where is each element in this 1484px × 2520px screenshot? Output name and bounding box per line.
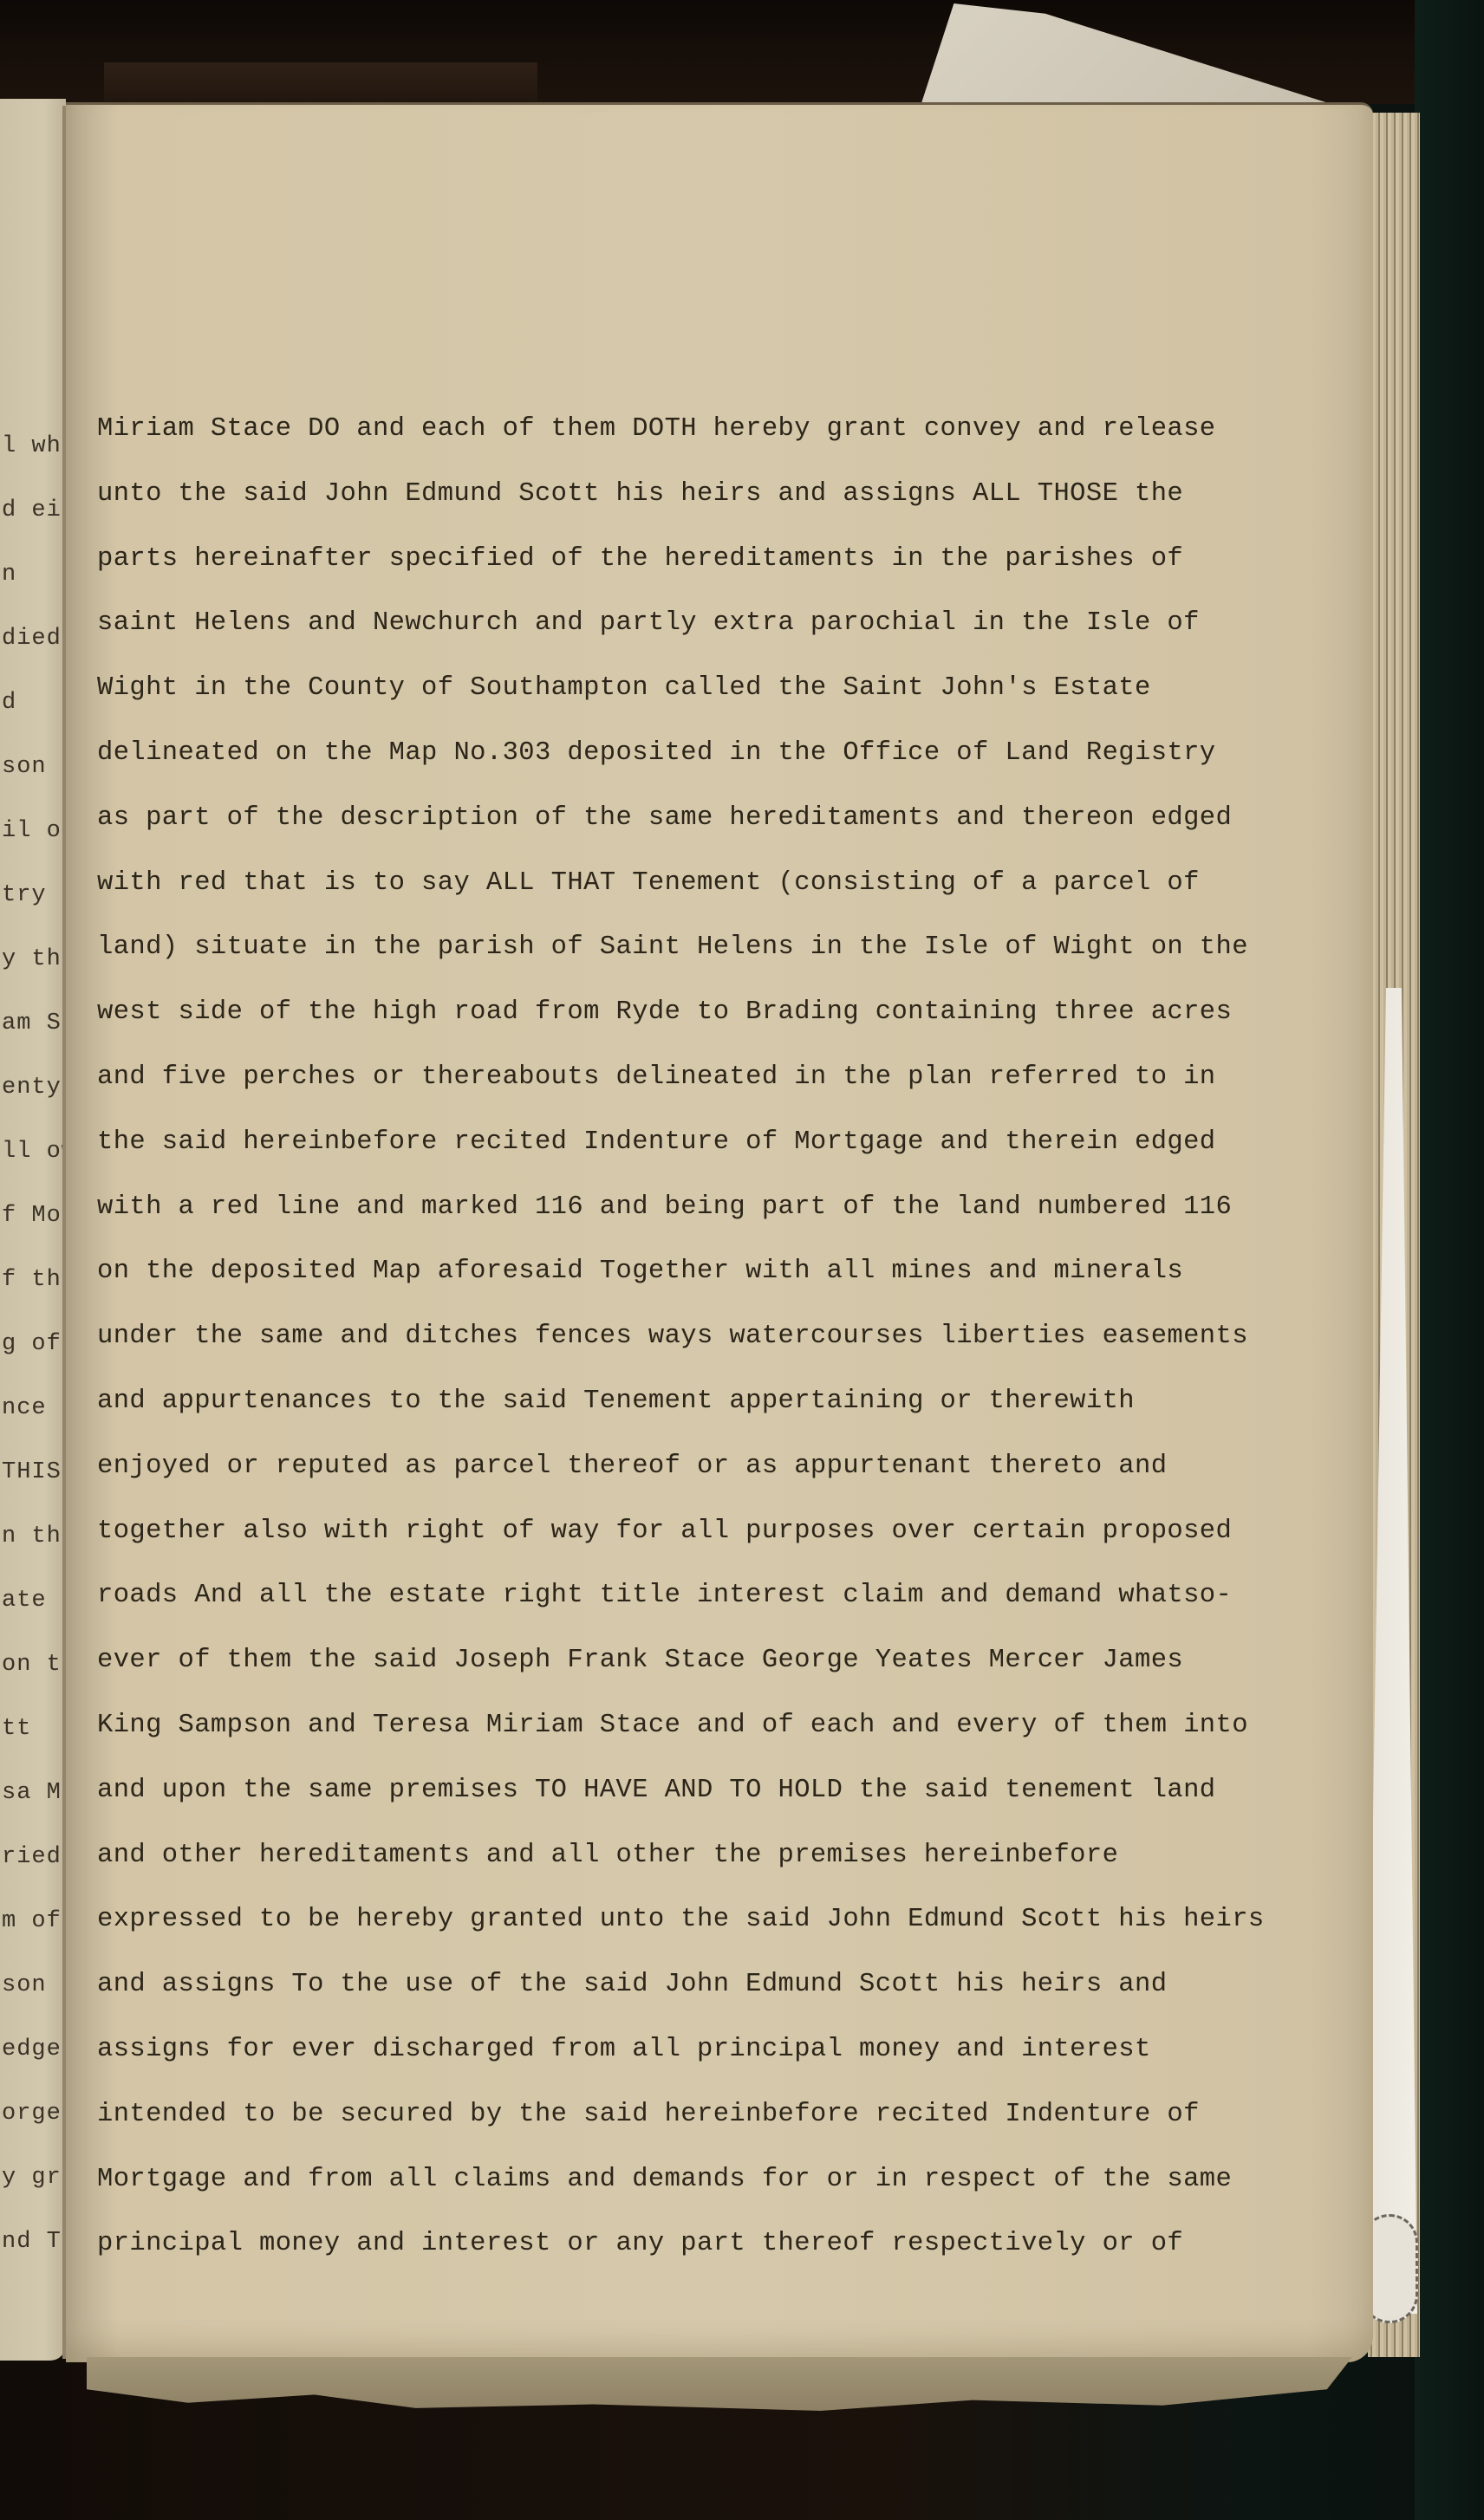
left-page-text-fragment: on the bbox=[2, 1652, 66, 1678]
deed-text-line: the said hereinbefore recited Indenture … bbox=[97, 1120, 1354, 1185]
left-page-text-fragment: m of F bbox=[2, 1908, 66, 1934]
deed-text-line: enjoyed or reputed as parcel thereof or … bbox=[97, 1445, 1354, 1510]
deed-text-line: saint Helens and Newchurch and partly ex… bbox=[97, 601, 1354, 666]
deed-text-line: assigns for ever discharged from all pri… bbox=[97, 2028, 1354, 2093]
left-page-text-fragment: y gra bbox=[2, 2165, 66, 2191]
left-page-text-fragment: try o bbox=[2, 882, 66, 908]
left-page-text-fragment: ried by bbox=[2, 1844, 66, 1870]
deed-text-line: ever of them the said Joseph Frank Stace… bbox=[97, 1639, 1354, 1704]
left-page-text-fragment: nd Ter bbox=[2, 2229, 66, 2255]
deed-text-line: Wight in the County of Southampton calle… bbox=[97, 666, 1354, 731]
deed-text-line: with red that is to say ALL THAT Tenemen… bbox=[97, 861, 1354, 926]
left-page-text-fragment: tt bbox=[2, 1716, 31, 1742]
left-page: l whicd eign dieddson ail oftry oy theam… bbox=[0, 99, 66, 2361]
left-page-text-fragment: l whic bbox=[2, 433, 66, 459]
deed-text-line: under the same and ditches fences ways w… bbox=[97, 1315, 1354, 1380]
left-page-text-fragment: n bbox=[2, 562, 16, 588]
deed-text-line: principal money and interest or any part… bbox=[97, 2222, 1354, 2287]
deed-text-line: and appurtenances to the said Tenement a… bbox=[97, 1380, 1354, 1445]
deed-text-line: roads And all the estate right title int… bbox=[97, 1574, 1354, 1639]
left-page-text-fragment: son a bbox=[2, 754, 66, 780]
deed-text-line: on the deposited Map aforesaid Together … bbox=[97, 1250, 1354, 1315]
deed-text-line: delineated on the Map No.303 deposited i… bbox=[97, 731, 1354, 796]
deed-text-line: as part of the description of the same h… bbox=[97, 796, 1354, 861]
left-page-text-fragment: n the bbox=[2, 1523, 66, 1549]
left-page-text-fragment: nce o bbox=[2, 1395, 66, 1421]
left-page-text-fragment: orge Ye bbox=[2, 2101, 66, 2127]
green-book-cover bbox=[1415, 0, 1484, 2520]
deed-text-line: unto the said John Edmund Scott his heir… bbox=[97, 472, 1354, 537]
left-page-text-fragment: ate o bbox=[2, 1588, 66, 1614]
deed-text-line: and five perches or thereabouts delineat… bbox=[97, 1055, 1354, 1120]
deed-text-line: Miriam Stace DO and each of them DOTH he… bbox=[97, 407, 1354, 472]
binding-strip bbox=[104, 62, 537, 101]
left-page-text-fragment: ll ow bbox=[2, 1139, 66, 1165]
left-page-text-fragment: d bbox=[2, 690, 16, 716]
left-page-text-fragment: d eig bbox=[2, 497, 66, 523]
left-page-text-fragment: enty bbox=[2, 1075, 62, 1101]
deed-text-line: with a red line and marked 116 and being… bbox=[97, 1185, 1354, 1250]
left-page-text-fragment: il of bbox=[2, 818, 66, 844]
deed-text-line: and upon the same premises TO HAVE AND T… bbox=[97, 1769, 1354, 1834]
left-page-text-fragment: g off bbox=[2, 1331, 66, 1357]
left-page-text-fragment: died bbox=[2, 626, 62, 652]
deed-text-line: expressed to be hereby granted unto the … bbox=[97, 1898, 1354, 1963]
deed-text-line: and other hereditaments and all other th… bbox=[97, 1834, 1354, 1899]
left-page-text-fragment: son an bbox=[2, 1972, 66, 1998]
left-page-text-fragment: f thes bbox=[2, 1267, 66, 1293]
left-page-text-fragment: f Mort bbox=[2, 1203, 66, 1229]
deed-text-line: together also with right of way for all … bbox=[97, 1510, 1354, 1575]
left-page-text-fragment: THIS bbox=[2, 1459, 62, 1485]
deed-text-line: parts hereinafter specified of the hered… bbox=[97, 537, 1354, 602]
left-page-text-fragment: sa Mir bbox=[2, 1780, 66, 1806]
deed-text-line: land) situate in the parish of Saint Hel… bbox=[97, 926, 1354, 990]
deed-text-line: King Sampson and Teresa Miriam Stace and… bbox=[97, 1704, 1354, 1769]
deed-text-line: and assigns To the use of the said John … bbox=[97, 1963, 1354, 2028]
deed-text-line: west side of the high road from Ryde to … bbox=[97, 990, 1354, 1055]
left-page-text-fragment: am Sta bbox=[2, 1010, 66, 1036]
deed-text-line: intended to be secured by the said herei… bbox=[97, 2093, 1354, 2158]
left-page-text-fragment: y the bbox=[2, 946, 66, 972]
deed-text-line: Mortgage and from all claims and demands… bbox=[97, 2158, 1354, 2223]
left-page-text-fragment: edge HE bbox=[2, 2036, 66, 2062]
deed-text-block: Miriam Stace DO and each of them DOTH he… bbox=[97, 407, 1354, 2287]
